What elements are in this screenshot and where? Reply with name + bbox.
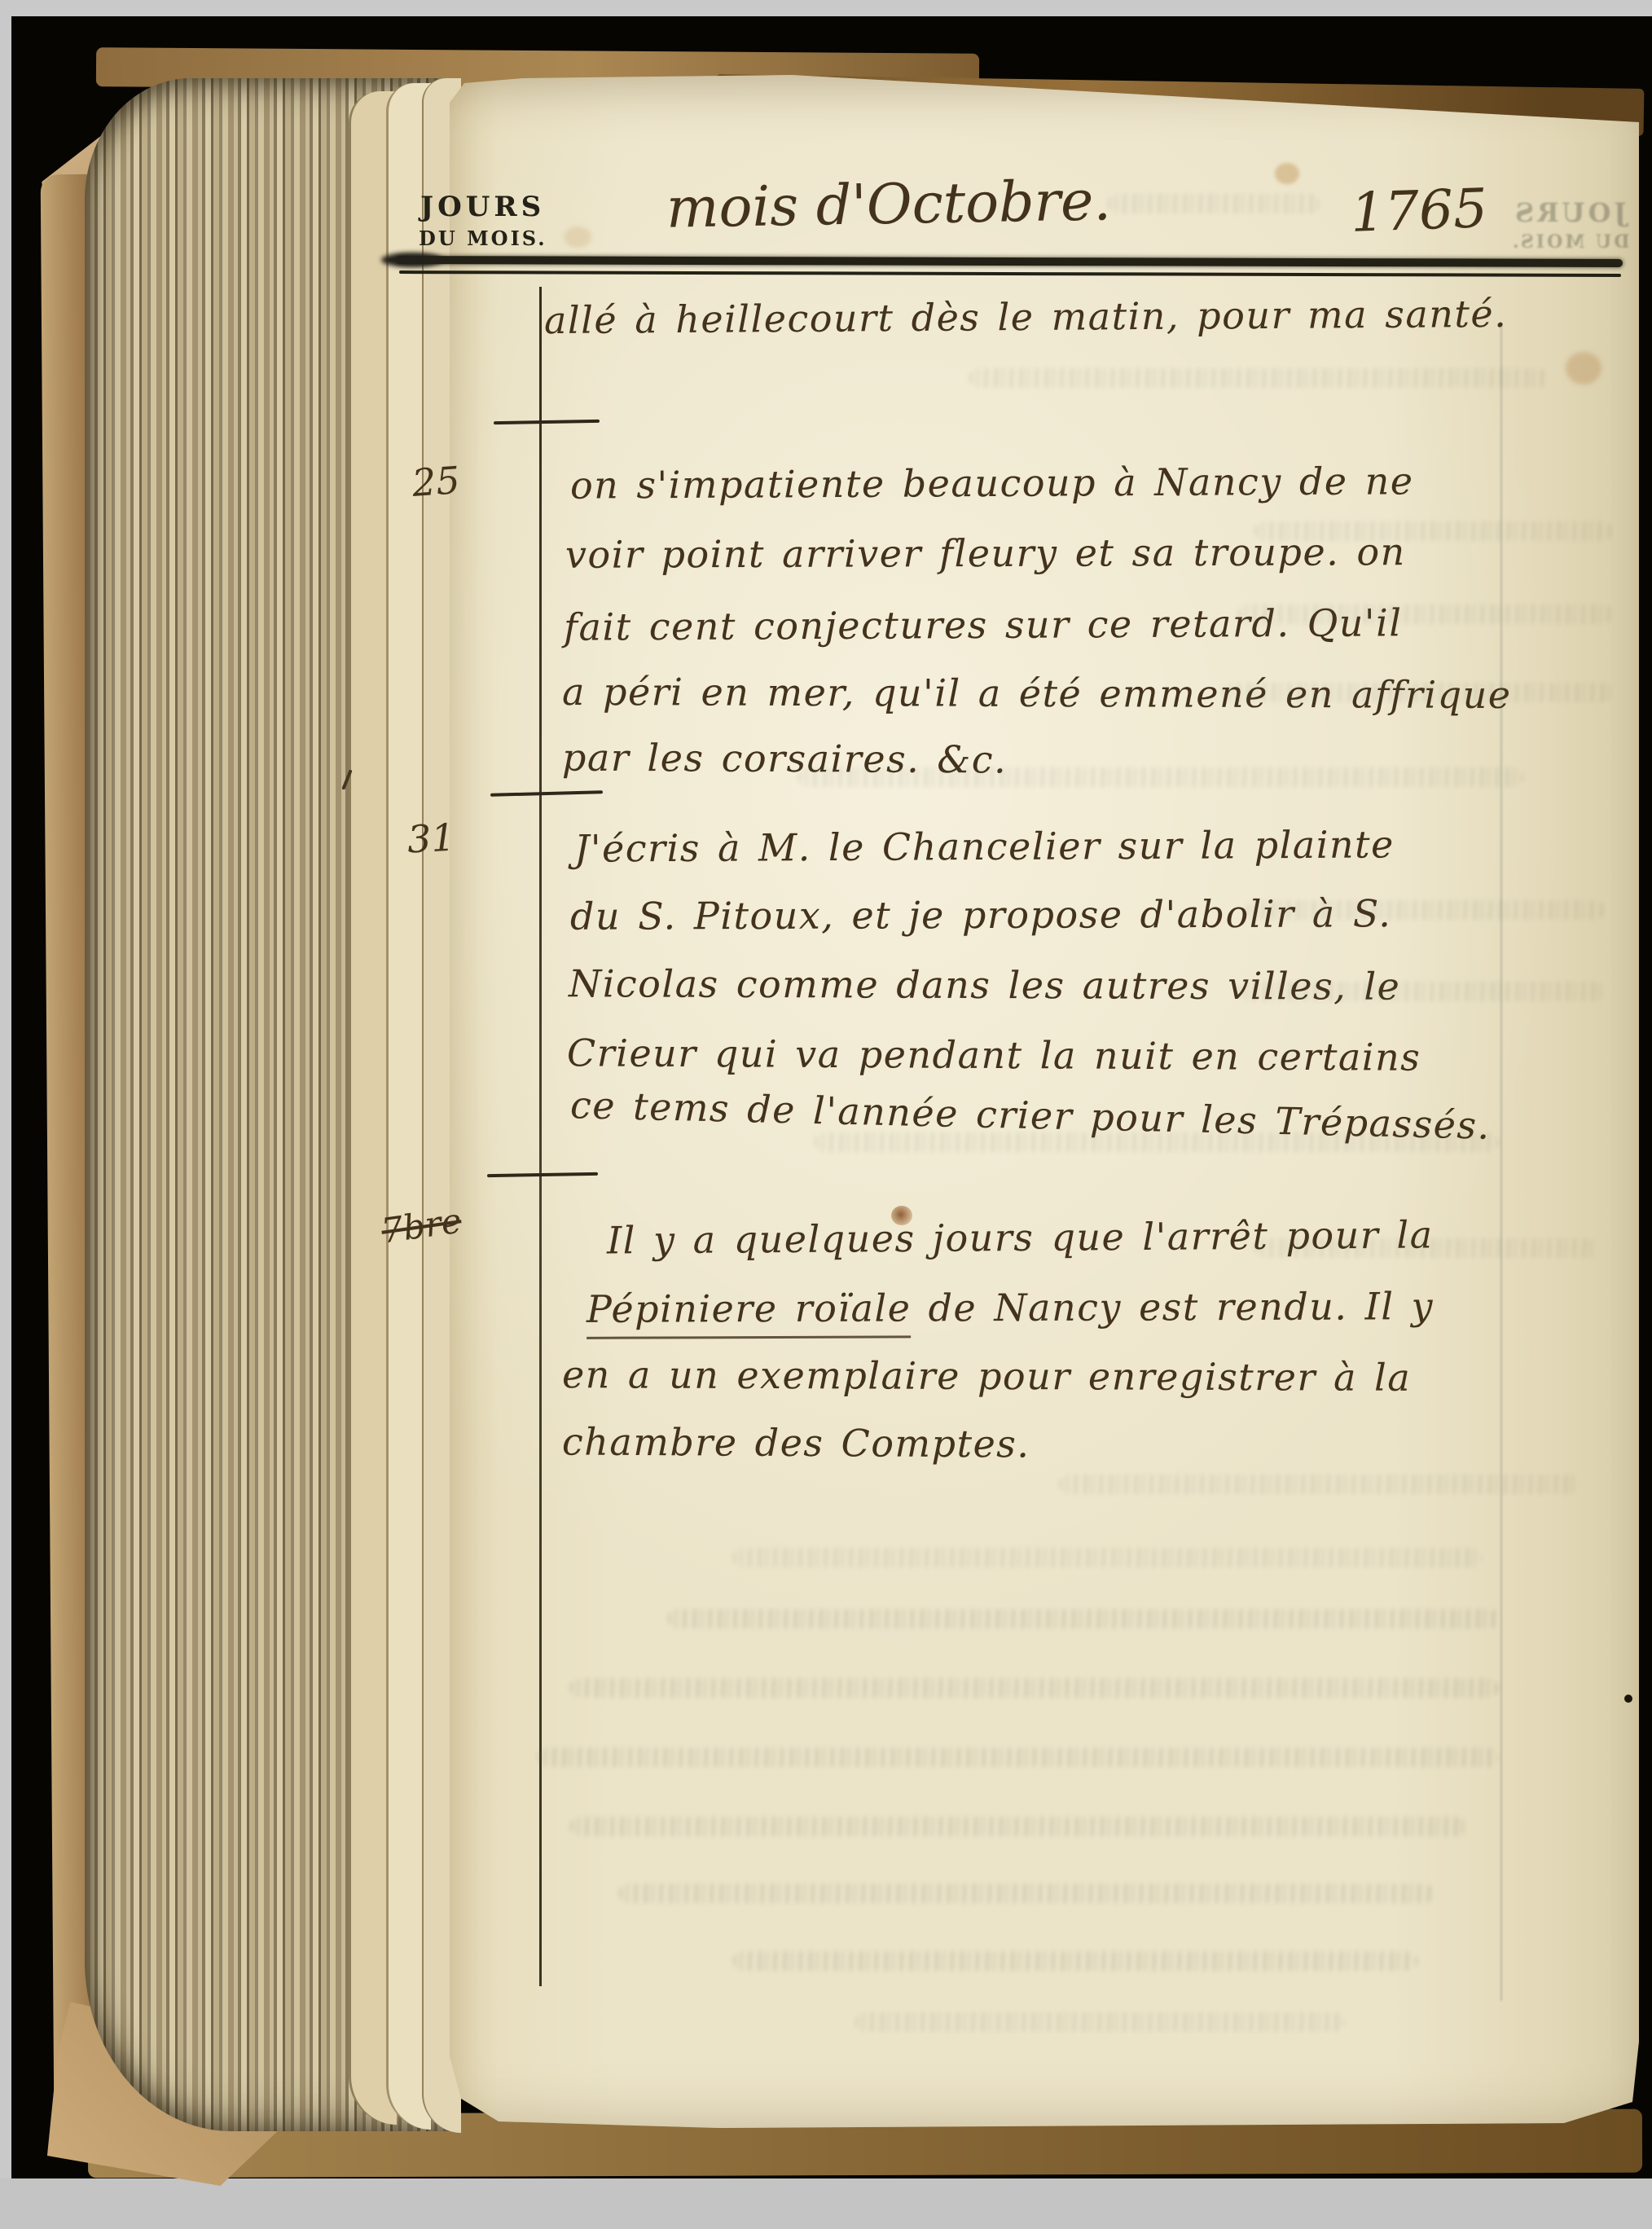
bleedthrough-line [1254,1238,1597,1258]
foxing-stain [564,226,591,248]
bleedthrough-line [855,2012,1344,2032]
bleedthrough-margin-rule [1500,324,1502,2001]
scanner-frame-top [0,0,1652,16]
rust-spot [891,1206,912,1225]
margin-rule [539,287,542,1986]
bleedthrough-line [1059,1475,1580,1494]
entry-line: chambre des Comptes. [562,1419,1030,1466]
bleedthrough-line [815,1132,1499,1152]
foxing-stain [1566,352,1601,385]
scanner-frame-left [0,0,11,2200]
day-number: 31 [406,816,456,862]
entry-line: allé à heillecourt dès le matin, pour ma… [544,292,1508,342]
bleedthrough-line [570,1817,1466,1836]
ink-smear [381,253,443,267]
bleedthrough-line [1254,521,1613,541]
year-script: 1765 [1350,177,1489,244]
foxing-stain [1275,163,1299,184]
printed-header-jours: JOURS [420,191,545,223]
bleedthrough-line [619,1884,1434,1903]
bleedthrough-line [538,1748,1499,1767]
bleedthrough-line [1238,605,1613,624]
bleedthrough-line [1238,982,1605,1001]
entry-line: on s'impatiente beaucoup à Nancy de ne [570,459,1414,507]
printed-header-du-mois: DU MOIS. [419,226,547,250]
entry-line-rest: de Nancy est rendu. Il y [911,1284,1434,1330]
bleedthrough-line [570,1678,1499,1698]
bleedthrough-line [668,1609,1499,1629]
entry-line: Crieur qui va pendant la nuit en certain… [567,1031,1421,1079]
entry-line: Pépiniere roïale de Nancy est rendu. Il … [587,1284,1434,1331]
bleedthrough-line [1222,683,1613,702]
underlined-phrase: Pépiniere roïale [587,1286,912,1339]
bleedthrough-line [1108,194,1320,213]
bleedthrough-header-du-mois: DU MOIS. [1510,231,1630,253]
entry-line: J'écris à M. le Chancelier sur la plaint… [574,822,1395,870]
entry-line: en a un exemplaire pour enregistrer à la [562,1352,1411,1400]
month-title-script: mois d'Octobre. [666,169,1111,241]
scanner-frame-bottom [0,2178,1652,2229]
day-number: 25 [411,458,461,505]
bleedthrough-line [733,1951,1417,1971]
bleedthrough-line [798,767,1523,787]
bleedthrough-line [969,368,1548,388]
manuscript-scan: JOURS DU MOIS. mois d'Octobre. 1765 JOUR… [0,0,1652,2229]
bleedthrough-line [1246,900,1605,920]
bleedthrough-header-jours: JOURS [1512,197,1627,228]
bleedthrough-line [733,1548,1483,1567]
ink-dot [1624,1695,1632,1703]
